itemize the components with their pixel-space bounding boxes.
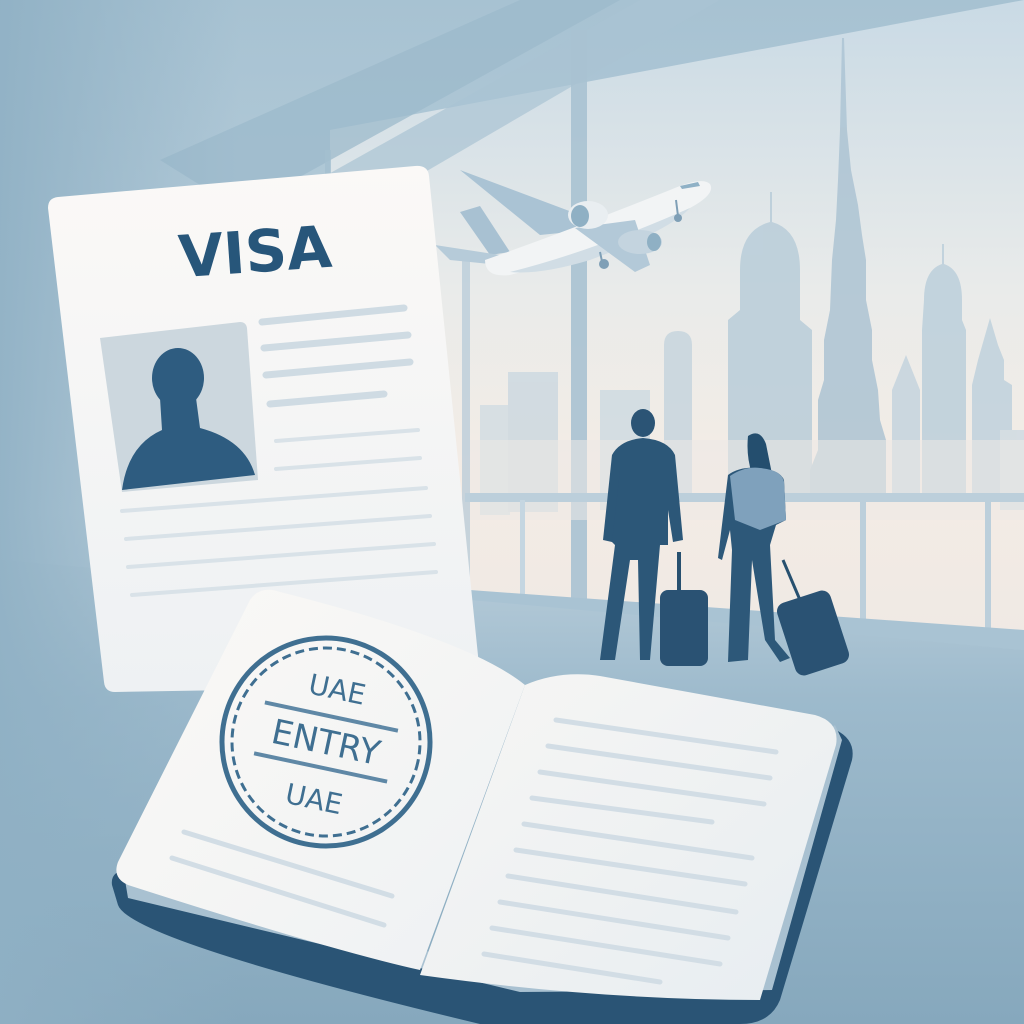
visa-title: VISA <box>176 213 334 292</box>
travel-visa-illustration: VISA <box>0 0 1024 1024</box>
